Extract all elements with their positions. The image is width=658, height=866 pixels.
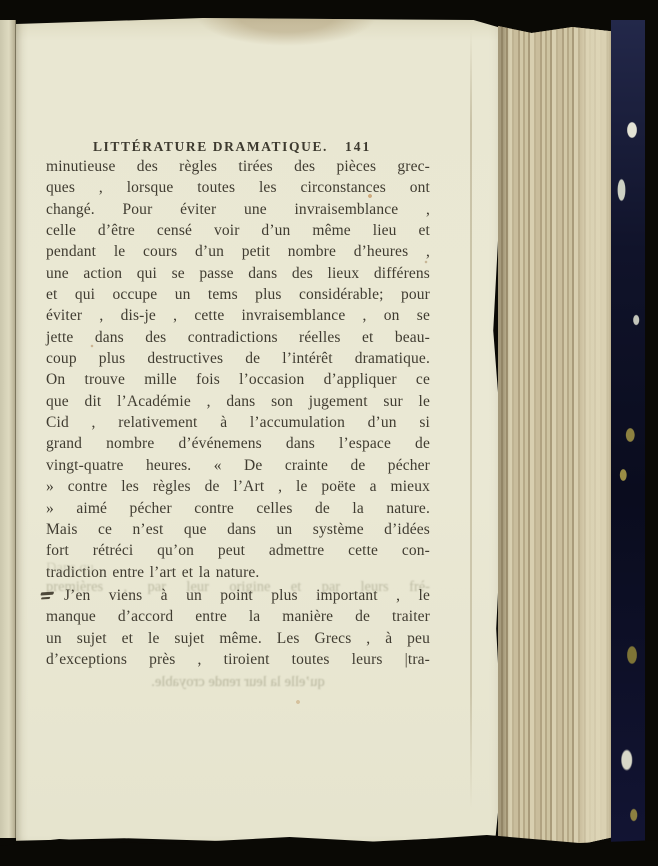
text-line: un sujet et le sujet même. Les Grecs , à… [46, 628, 430, 649]
text-line: vingt-quatre heures. « De crainte de péc… [46, 455, 430, 476]
text-line: On trouve mille fois l’occasion d’appliq… [46, 369, 430, 390]
paragraph-1: minutieuse des règles tirées des pièces … [46, 156, 430, 583]
paragraph-2: J’en viens à un point plus important , l… [46, 585, 430, 670]
text-line: Cid , relativement à l’accumulation d’un… [46, 412, 430, 433]
showthrough-text-mirrored: qu’elle la leur rende croyable. [46, 672, 430, 693]
text-line: grand nombre d’événemens dans l’espace d… [46, 433, 430, 454]
text-line: une action qui se passe dans des lieux d… [46, 263, 430, 284]
text-line: jette dans des contradictions réelles et… [46, 327, 430, 348]
running-head: LITTÉRATURE DRAMATIQUE. 141 [46, 139, 429, 157]
background-right-band [645, 0, 658, 866]
page-number: 141 [345, 139, 371, 155]
text-line: » aimé pécher contre celles de la nature… [46, 498, 430, 519]
text-line: celle d’être censé voir d’un même lieu e… [46, 220, 430, 241]
text-line: ques , lorsque toutes les circonstances … [46, 177, 430, 198]
background-top-band [0, 0, 658, 18]
text-line: pendant le cours d’un petit nombre d’heu… [46, 241, 430, 262]
text-line: » contre les règles de l’Art , le poëte … [46, 476, 430, 497]
marbled-cover-board [611, 20, 646, 842]
text-line: d’exceptions près , tiroient toutes leur… [46, 649, 430, 670]
facing-page-gutter [0, 20, 16, 838]
text-line: coup plus destructives de l’intérêt dram… [46, 348, 430, 369]
text-line: éviter , dis-je , cette invraisemblance … [46, 305, 430, 326]
text-line: J’en viens à un point plus important , l… [46, 585, 430, 606]
text-line: minutieuse des règles tirées des pièces … [46, 156, 430, 177]
text-line: et qui occupe un tems plus considérable;… [46, 284, 430, 305]
text-line: Mais ce n’est que dans un système d’idée… [46, 519, 430, 540]
showthrough-text: Dans qu [46, 558, 430, 579]
page-edges-stack [498, 18, 618, 848]
page-content: LITTÉRATURE DRAMATIQUE. 141 minutieuse d… [16, 16, 508, 844]
text-line: changé. Pour éviter une invraisemblance … [46, 199, 430, 220]
text-line: que dit l’Académie , dans son jugement s… [46, 391, 430, 412]
text-line: manque d’accord entre la manière de trai… [46, 606, 430, 627]
margin-ink-mark-icon [41, 592, 56, 602]
